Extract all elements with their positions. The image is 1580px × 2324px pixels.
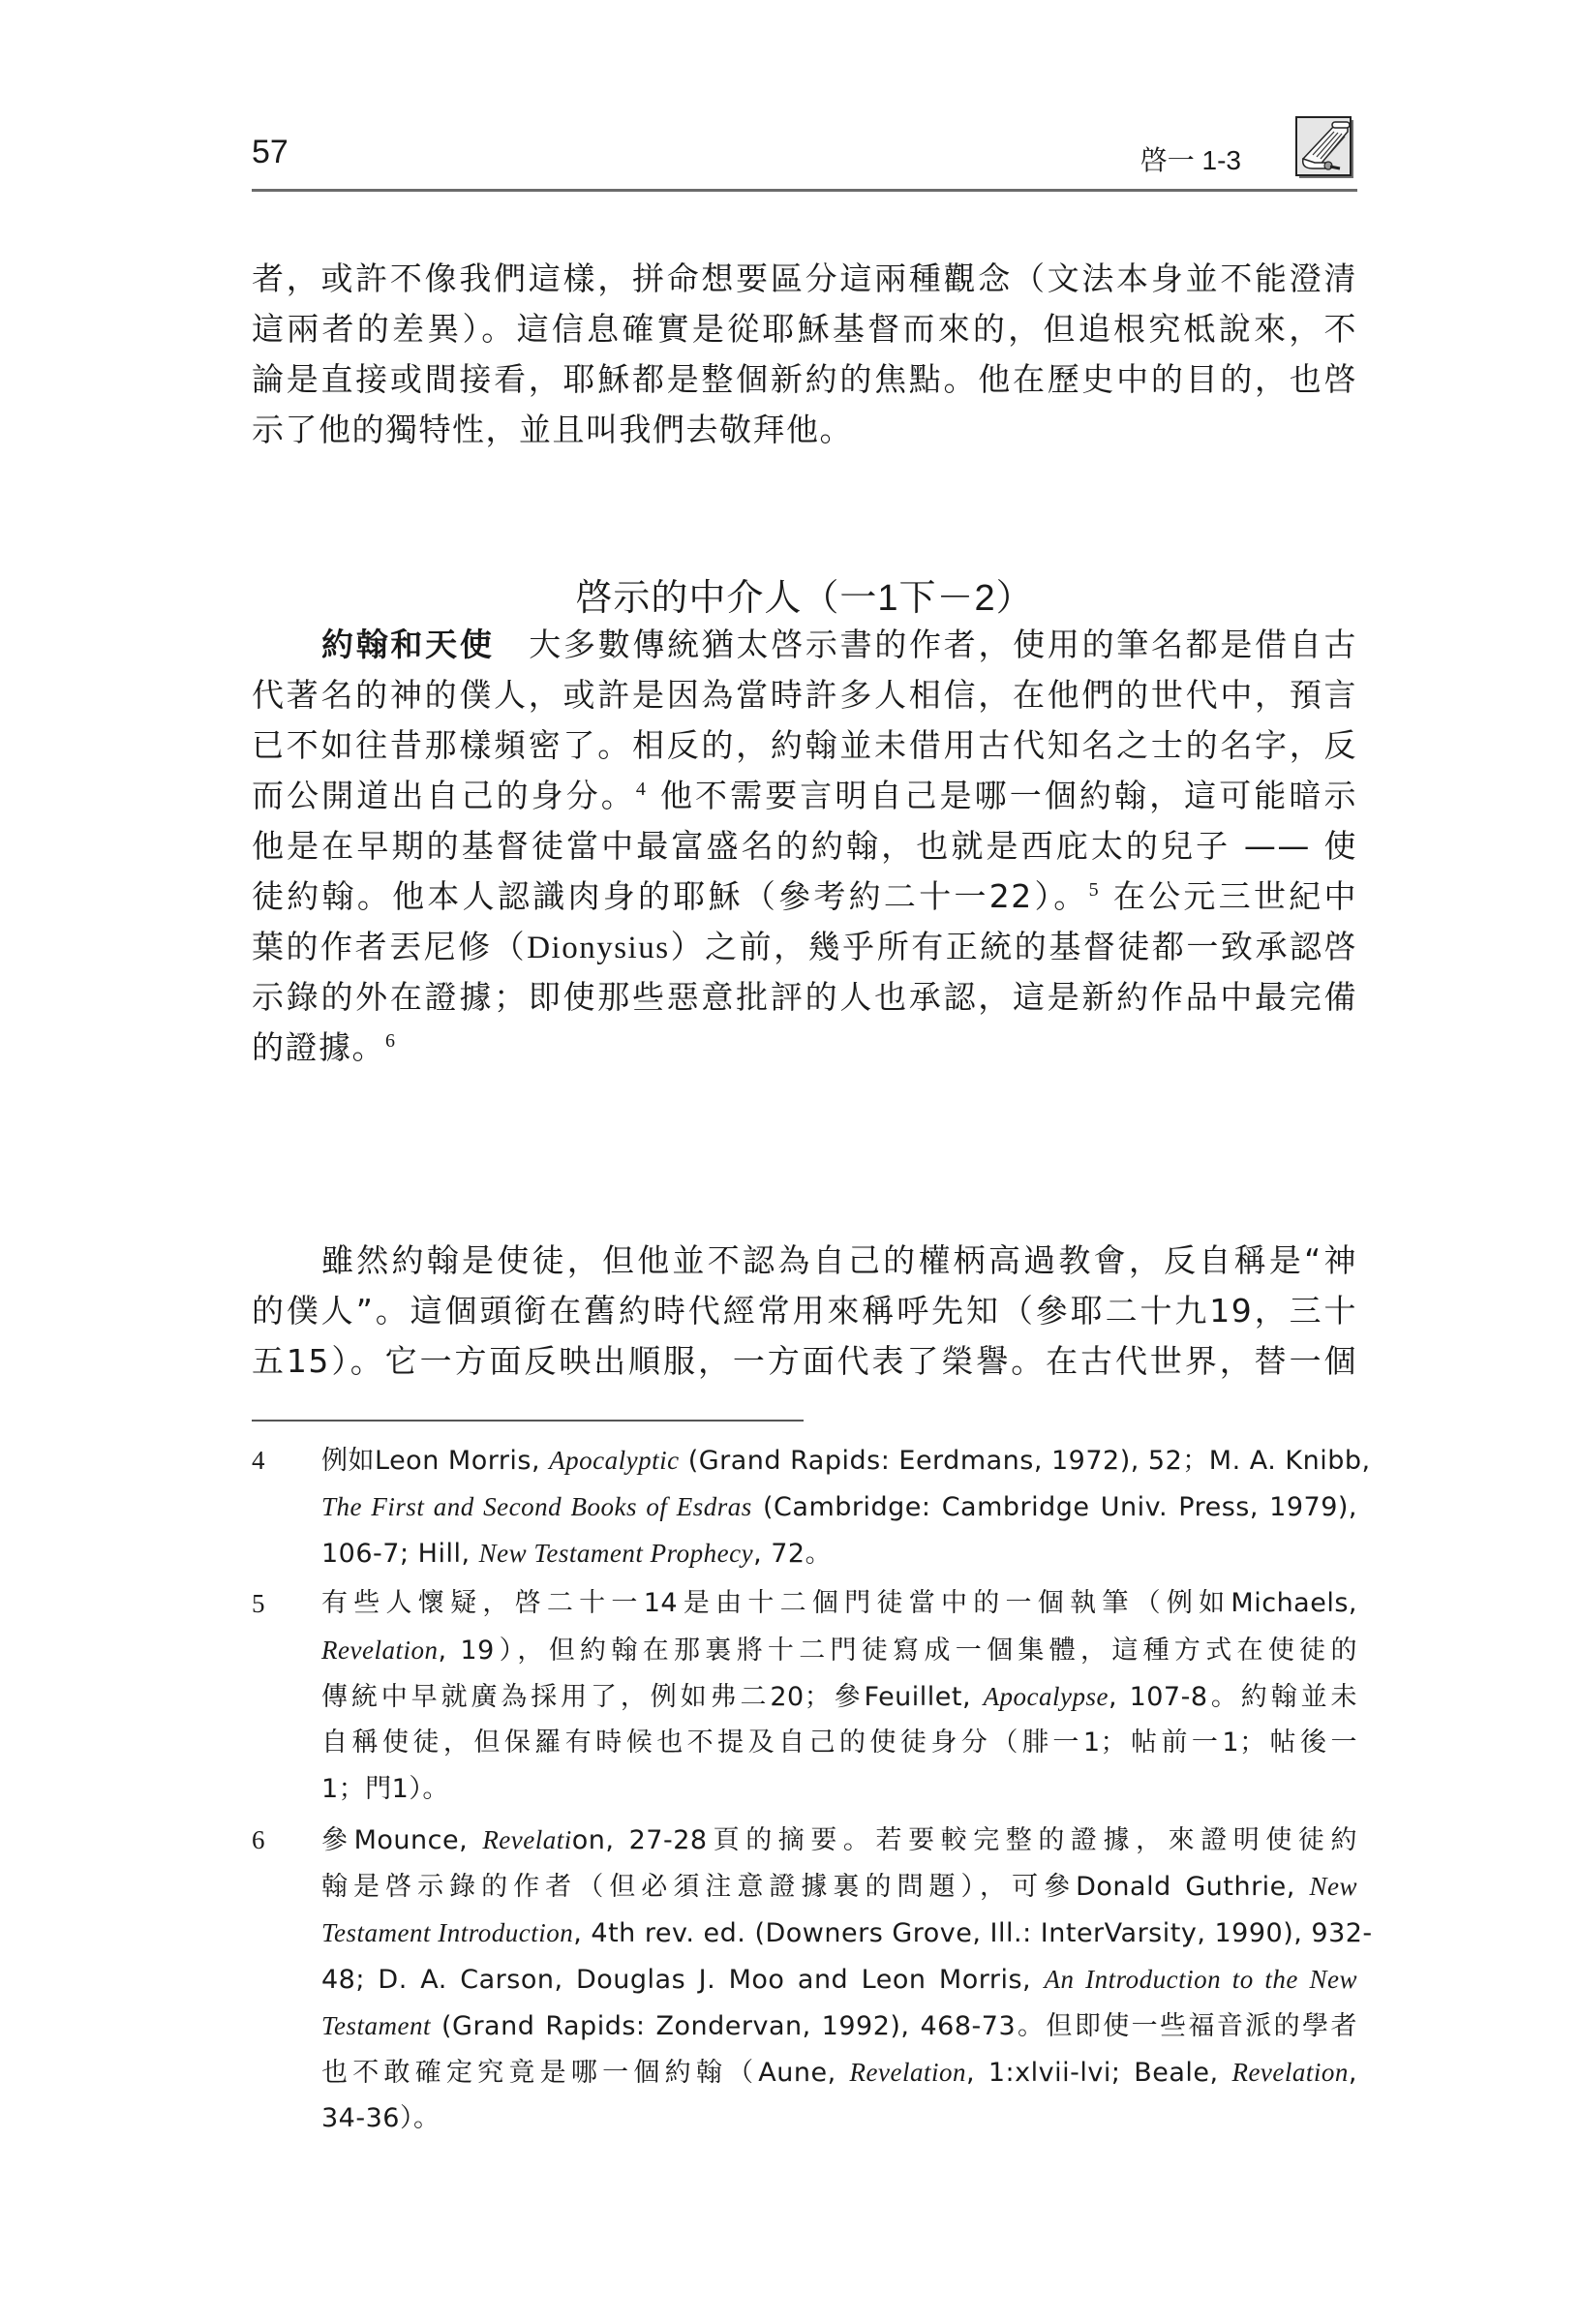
text-line: 五15）。它一方面反映出順服，一方面代表了榮譽。在古代世界，替一個 bbox=[252, 1336, 1357, 1387]
header-rule bbox=[252, 189, 1357, 192]
text-line: 的僕人”。這個頭銜在舊約時代經常用來稱呼先知（參耶二十九19，三十 bbox=[252, 1286, 1357, 1336]
page-header: 57 啓一 1-3 bbox=[252, 116, 1357, 190]
text-line: 翰是啓示錄的作者（但必須注意證據裏的問題），可參Donald Guthrie, … bbox=[321, 1863, 1357, 1910]
text-line: Revelation, 19），但約翰在那裏將十二門徒寫成一個集體，這種方式在使… bbox=[321, 1627, 1357, 1673]
section-heading: 啓示的中介人（一1下－2） bbox=[252, 567, 1357, 621]
text-line: 也不敢確定究竟是哪一個約翰（Aune, Revelation, 1:xlvii-… bbox=[321, 2049, 1357, 2095]
text-line: 48; D. A. Carson, Douglas J. Moo and Leo… bbox=[321, 1956, 1357, 2003]
footnote-number: 5 bbox=[252, 1580, 265, 1627]
footnote-ref-6[interactable]: 6 bbox=[385, 1030, 397, 1052]
page-number: 57 bbox=[252, 134, 289, 171]
footnote-rule bbox=[252, 1420, 804, 1422]
footnotes: 4 例如Leon Morris, Apocalyptic (Grand Rapi… bbox=[252, 1437, 1357, 2146]
text-line: 有些人懷疑，啓二十一14是由十二個門徒當中的一個執筆（例如Michaels, bbox=[321, 1580, 1357, 1627]
footnote-4: 4 例如Leon Morris, Apocalyptic (Grand Rapi… bbox=[252, 1437, 1357, 1576]
text-line: The First and Second Books of Esdras (Ca… bbox=[321, 1483, 1357, 1530]
footnote-6: 6 參Mounce, Revelation, 27-28頁的摘要。若要較完整的證… bbox=[252, 1817, 1357, 2142]
text-line: 已不如往昔那樣頻密了。相反的，約翰並未借用古代知名之士的名字，反 bbox=[252, 720, 1357, 771]
text-line: 106-7; Hill, New Testament Prophecy, 72。 bbox=[321, 1530, 1357, 1576]
text-line: 34-36）。 bbox=[321, 2095, 1357, 2142]
text-line: 參Mounce, Revelation, 27-28頁的摘要。若要較完整的證據，… bbox=[321, 1817, 1357, 1863]
paragraph-2: 約翰和天使 大多數傳統猶太啓示書的作者，使用的筆名都是借自古 代著名的神的僕人，… bbox=[252, 620, 1357, 1073]
text-line: 例如Leon Morris, Apocalyptic (Grand Rapids… bbox=[321, 1437, 1357, 1483]
text-line: 示錄的外在證據；即使那些惡意批評的人也承認，這是新約作品中最完備 bbox=[252, 972, 1357, 1023]
footnote-number: 6 bbox=[252, 1817, 265, 1863]
text-line: 這兩者的差異）。這信息確實是從耶穌基督而來的，但追根究柢說來，不 bbox=[252, 304, 1357, 354]
text-line: 而公開道出自己的身分。4 他不需要言明自己是哪一個約翰，這可能暗示 bbox=[252, 771, 1357, 821]
footnote-5: 5 有些人懷疑，啓二十一14是由十二個門徒當中的一個執筆（例如Michaels,… bbox=[252, 1580, 1357, 1813]
text-line: 約翰和天使 大多數傳統猶太啓示書的作者，使用的筆名都是借自古 bbox=[252, 620, 1357, 670]
text-line: 他是在早期的基督徒當中最富盛名的約翰，也就是西庇太的兒子 —— 使 bbox=[252, 821, 1357, 871]
paragraph-3: 雖然約翰是使徒，但他並不認為自己的權柄高過教會，反自稱是“神 的僕人”。這個頭銜… bbox=[252, 1236, 1357, 1387]
text-line: 示了他的獨特性，並且叫我們去敬拜他。 bbox=[252, 405, 1357, 455]
paragraph-1: 者，或許不像我們這樣，拼命想要區分這兩種觀念（文法本身並不能澄清 這兩者的差異）… bbox=[252, 254, 1357, 455]
footnote-number: 4 bbox=[252, 1437, 265, 1483]
text-line: Testament Introduction, 4th rev. ed. (Do… bbox=[321, 1910, 1357, 1956]
text-line: 徒約翰。他本人認識肉身的耶穌（參考約二十一22）。5 在公元三世紀中 bbox=[252, 871, 1357, 922]
text-line: 葉的作者丟尼修（Dionysius）之前，幾乎所有正統的基督徒都一致承認啓 bbox=[252, 922, 1357, 972]
text-line: 代著名的神的僕人，或許是因為當時許多人相信，在他們的世代中，預言 bbox=[252, 670, 1357, 720]
text-line: 1；門1）。 bbox=[321, 1766, 1357, 1813]
footnote-ref-5[interactable]: 5 bbox=[1089, 879, 1101, 901]
text-line: 論是直接或間接看，耶穌都是整個新約的焦點。他在歷史中的目的，也啓 bbox=[252, 354, 1357, 405]
scroll-icon bbox=[1295, 116, 1355, 180]
running-head: 啓一 1-3 bbox=[1140, 139, 1241, 178]
text-line: 傳統中早就廣為採用了，例如弗二20；參Feuillet, Apocalypse,… bbox=[321, 1673, 1357, 1720]
footnote-ref-4[interactable]: 4 bbox=[636, 779, 648, 800]
text-line: 自稱使徒，但保羅有時候也不提及自己的使徒身分（腓一1；帖前一1；帖後一 bbox=[321, 1720, 1357, 1766]
text-line: Testament (Grand Rapids: Zondervan, 1992… bbox=[321, 2003, 1357, 2049]
text-line: 的證據。6 bbox=[252, 1023, 1357, 1073]
text-line: 者，或許不像我們這樣，拼命想要區分這兩種觀念（文法本身並不能澄清 bbox=[252, 254, 1357, 304]
text-line: 雖然約翰是使徒，但他並不認為自己的權柄高過教會，反自稱是“神 bbox=[252, 1236, 1357, 1286]
run-in-heading: 約翰和天使 bbox=[321, 626, 495, 663]
